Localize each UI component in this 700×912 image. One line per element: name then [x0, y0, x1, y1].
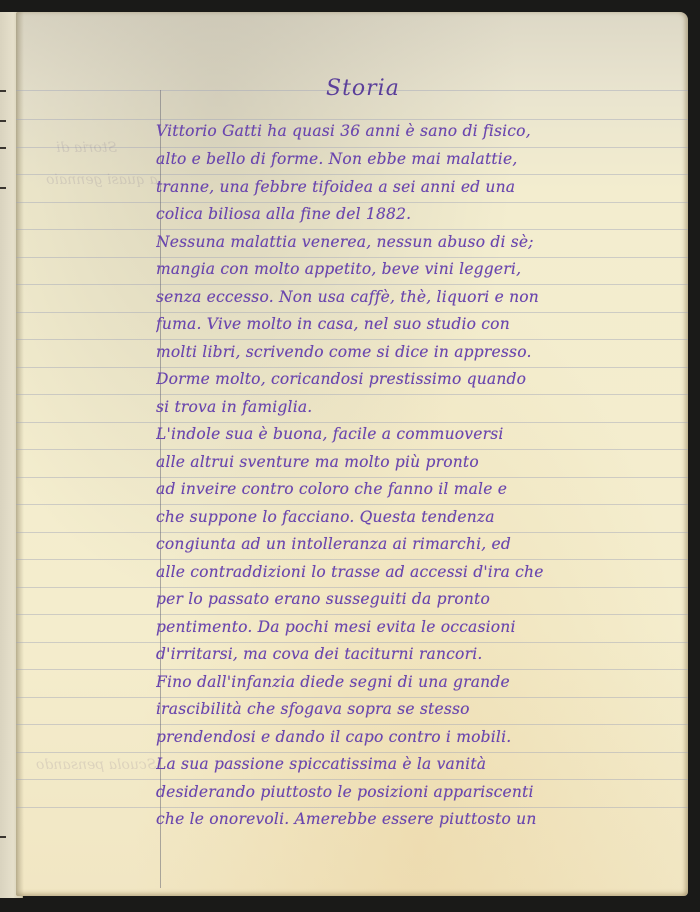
- manuscript-line: mangia con molto appetito, beve vini leg…: [156, 260, 676, 278]
- manuscript-line: ad inveire contro coloro che fanno il ma…: [156, 480, 676, 498]
- manuscript-line: fuma. Vive molto in casa, nel suo studio…: [156, 315, 676, 333]
- page-title: Storia: [326, 76, 400, 101]
- ruled-line: [16, 367, 688, 368]
- ruled-line: [16, 807, 688, 808]
- ruled-line: [16, 532, 688, 533]
- ruled-line: [16, 697, 688, 698]
- ruled-line: [16, 312, 688, 313]
- manuscript-line: Nessuna malattia venerea, nessun abuso d…: [156, 233, 676, 251]
- manuscript-line: si trova in famiglia.: [156, 398, 676, 416]
- manuscript-line: che le onorevoli. Amerebbe essere piutto…: [156, 810, 676, 828]
- manuscript-line: Vittorio Gatti ha quasi 36 anni è sano d…: [156, 122, 676, 140]
- page-edge-mark: [0, 120, 6, 122]
- ruled-line: [16, 477, 688, 478]
- manuscript-line: che suppone lo facciano. Questa tendenza: [156, 508, 676, 526]
- ruled-line: [16, 779, 688, 780]
- manuscript-line: tranne, una febbre tifoidea a sei anni e…: [156, 178, 676, 196]
- ruled-line: [16, 587, 688, 588]
- manuscript-line: congiunta ad un intolleranza ai rimarchi…: [156, 535, 676, 553]
- manuscript-line: molti libri, scrivendo come si dice in a…: [156, 343, 676, 361]
- bleed-through-text: Storia di: [56, 140, 117, 156]
- manuscript-line: d'irritarsi, ma cova dei taciturni ranco…: [156, 645, 676, 663]
- ruled-line: [16, 284, 688, 285]
- manuscript-line: senza eccesso. Non usa caffè, thè, liquo…: [156, 288, 676, 306]
- ruled-line: [16, 394, 688, 395]
- ruled-line: [16, 119, 688, 120]
- page-edge-mark: [0, 90, 6, 92]
- ruled-line: [16, 422, 688, 423]
- manuscript-line: L'indole sua è buona, facile a commuover…: [156, 425, 676, 443]
- manuscript-line: pentimento. Da pochi mesi evita le occas…: [156, 618, 676, 636]
- bleed-through-text: a quasi gennaio: [46, 172, 158, 188]
- ruled-line: [16, 724, 688, 725]
- ruled-line: [16, 257, 688, 258]
- manuscript-line: desiderando piuttosto le posizioni appar…: [156, 783, 676, 801]
- ruled-line: [16, 752, 688, 753]
- manuscript-line: Dorme molto, coricandosi prestissimo qua…: [156, 370, 676, 388]
- page-edge-mark: [0, 836, 6, 838]
- ruled-line: [16, 229, 688, 230]
- ruled-line: [16, 614, 688, 615]
- ruled-line: [16, 669, 688, 670]
- manuscript-line: irascibilità che sfogava sopra se stesso: [156, 700, 676, 718]
- manuscript-line: alle altrui sventure ma molto più pronto: [156, 453, 676, 471]
- ruled-line: [16, 642, 688, 643]
- manuscript-line: per lo passato erano susseguiti da pront…: [156, 590, 676, 608]
- ruled-line: [16, 339, 688, 340]
- manuscript-line: alto e bello di forme. Non ebbe mai mala…: [156, 150, 676, 168]
- page-edge-mark: [0, 187, 6, 189]
- bleed-through-text: Scuola pensando: [36, 757, 156, 773]
- ruled-line: [16, 504, 688, 505]
- ruled-line: [16, 202, 688, 203]
- manuscript-line: La sua passione spiccatissima è la vanit…: [156, 755, 676, 773]
- manuscript-line: Fino dall'infanzia diede segni di una gr…: [156, 673, 676, 691]
- page-edge-mark: [0, 147, 6, 149]
- manuscript-line: alle contraddizioni lo trasse ad accessi…: [156, 563, 676, 581]
- manuscript-line: prendendosi e dando il capo contro i mob…: [156, 728, 676, 746]
- ruled-line: [16, 559, 688, 560]
- ruled-line: [16, 449, 688, 450]
- manuscript-line: colica biliosa alla fine del 1882.: [156, 205, 676, 223]
- page-fold-shadow: [16, 12, 24, 896]
